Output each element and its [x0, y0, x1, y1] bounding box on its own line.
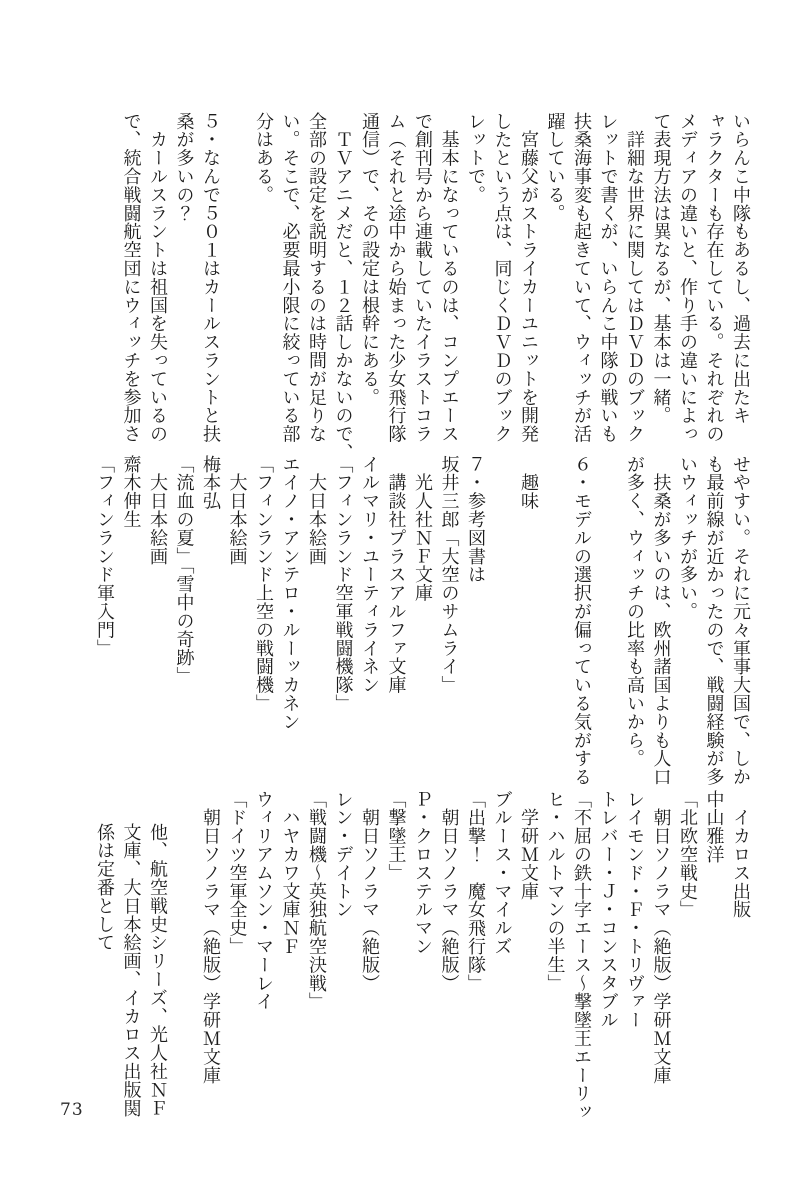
book-list-entry: Ｐ・クロステルマン	[410, 790, 437, 1121]
book-list-publisher: 光人社ＮＦ文庫	[410, 455, 437, 786]
text-column: 宮藤父がストライカーユニットを開発	[516, 112, 543, 462]
book-list-publisher: 大日本絵画	[304, 455, 331, 786]
text-column: ム（それと途中から始まった少女飛行隊	[383, 112, 410, 462]
text-column: 通信）で、その設定は根幹にある。	[357, 112, 384, 462]
text-column: も最前線が近かったので、戦闘経験が多	[701, 455, 728, 786]
scanned-book-page: いらんこ中隊もあるし、過去に出たキ ャラクターも存在している。それぞれの メディ…	[0, 0, 796, 1200]
page-number: 73	[60, 1100, 84, 1120]
book-list-entry: 「北欧空戦史」	[675, 790, 702, 1121]
book-list-entry: 「フィンランド上空の戦闘機」	[251, 455, 278, 786]
book-list-entry: 梅本弘	[198, 455, 225, 786]
book-list-publisher: 大日本絵画	[224, 455, 251, 786]
text-column: て表現方法は異なるが、基本は一緒。	[648, 112, 675, 462]
text-column: で創刊号から連載していたイラストコラ	[410, 112, 437, 462]
column-gap	[542, 455, 569, 457]
text-column: が多く、ウィッチの比率も高いから。	[622, 455, 649, 786]
book-list-entry: 中山雅洋	[701, 790, 728, 1121]
text-column: ャラクターも存在している。それぞれの	[701, 112, 728, 462]
text-block-bottom: イカロス出版 中山雅洋 「北欧空戦史」 朝日ソノラマ（絶版）学研Ｍ文庫 レイモン…	[92, 790, 755, 1121]
text-column: ＴＶアニメだと、１２話しかないので、	[330, 112, 357, 462]
text-column: メディアの違いと、作り手の違いによっ	[675, 112, 702, 462]
column-gap	[595, 455, 622, 457]
book-list-publisher: 大日本絵画	[145, 455, 172, 786]
text-column: 全部の設定を説明するのは時間が足りな	[304, 112, 331, 462]
book-list-entry: ヒ・ハルトマンの半生」	[542, 790, 569, 1121]
text-column: カールスラントは祖国を失っているの	[145, 112, 172, 462]
column-gap	[171, 790, 198, 792]
text-column: い。そこで、必要最小限に絞っている部	[277, 112, 304, 462]
question-6-heading: ６・モデルの選択が偏っている気がする	[569, 455, 596, 786]
closing-note: 係は定番として	[92, 790, 119, 1121]
text-column: 詳細な世界に関してはＤＶＤのブック	[622, 112, 649, 462]
text-column: 躍している。	[542, 112, 569, 462]
column-gap	[489, 455, 516, 457]
book-list-entry: 「出撃！ 魔女飛行隊」	[463, 790, 490, 1121]
text-column: 扶桑が多いのは、欧州諸国よりも人口	[648, 455, 675, 786]
book-list-entry: 「フィンランド空軍戦闘機隊」	[330, 455, 357, 786]
text-column: したという点は、同じくＤＶＤのブック	[489, 112, 516, 462]
book-list-publisher: 朝日ソノラマ（絶版）	[357, 790, 384, 1121]
book-list-publisher: 講談社プラスアルファ文庫	[383, 455, 410, 786]
book-list-entry: トレバー・Ｊ・コンスタブル	[595, 790, 622, 1121]
text-column: レットで。	[463, 112, 490, 462]
question-5-heading: 桑が多いの？	[171, 112, 198, 462]
book-list-entry: 「不屈の鉄十字エース〜撃墜王エーリッ	[569, 790, 596, 1121]
text-block-top: いらんこ中隊もあるし、過去に出たキ ャラクターも存在している。それぞれの メディ…	[118, 112, 754, 462]
text-column: せやすい。それに元々軍事大国で、しか	[728, 455, 755, 786]
book-list-entry: ウィリアムソン・マーレイ	[251, 790, 278, 1121]
question-7-heading: ７・参考図書は	[463, 455, 490, 786]
closing-note: 文庫、大日本絵画、イカロス出版関	[118, 790, 145, 1121]
book-list-entry: 「撃墜王」	[383, 790, 410, 1121]
text-column: いらんこ中隊もあるし、過去に出たキ	[728, 112, 755, 462]
text-column: 分はある。	[251, 112, 278, 462]
book-list-publisher: 朝日ソノラマ（絶版）学研Ｍ文庫	[648, 790, 675, 1121]
book-list-publisher: 学研Ｍ文庫	[516, 790, 543, 1121]
book-list-publisher: イカロス出版	[728, 790, 755, 1121]
book-list-entry: 「流血の夏」「雪中の奇跡」	[171, 455, 198, 786]
text-column: 趣味	[516, 455, 543, 786]
book-list-publisher: ハヤカワ文庫ＮＦ	[277, 790, 304, 1121]
book-list-entry: 「戦闘機〜英独航空決戦」	[304, 790, 331, 1121]
book-list-entry: レン・デイトン	[330, 790, 357, 1121]
text-column: 基本になっているのは、コンプエース	[436, 112, 463, 462]
question-5-heading: ５・なんで５０１はカールスラントと扶	[198, 112, 225, 462]
text-column: いウィッチが多い。	[675, 455, 702, 786]
book-list-entry: 「ドイツ空軍全史」	[224, 790, 251, 1121]
book-list-entry: 坂井三郎「大空のサムライ」	[436, 455, 463, 786]
closing-note: 他、航空戦史シリーズ、光人社ＮＦ	[145, 790, 172, 1121]
book-list-publisher: 朝日ソノラマ（絶版）学研Ｍ文庫	[198, 790, 225, 1121]
text-block-middle: せやすい。それに元々軍事大国で、しか も最前線が近かったので、戦闘経験が多 いウ…	[92, 455, 755, 786]
book-list-entry: 「フィンランド軍入門」	[92, 455, 119, 786]
book-list-entry: ブルース・マイルズ	[489, 790, 516, 1121]
text-column: レットで書くが、いらんこ中隊の戦いも	[595, 112, 622, 462]
book-list-entry: レイモンド・Ｆ・トリヴァー	[622, 790, 649, 1121]
book-list-entry: イルマリ・ユーティライネン	[357, 455, 384, 786]
text-column: で、統合戦闘航空団にウィッチを参加さ	[118, 112, 145, 462]
text-column: 扶桑海事変も起きていて、ウィッチが活	[569, 112, 596, 462]
column-gap	[224, 112, 251, 114]
book-list-entry: エイノ・アンテロ・ルーッカネン	[277, 455, 304, 786]
book-list-entry: 齋木伸生	[118, 455, 145, 786]
book-list-publisher: 朝日ソノラマ（絶版）	[436, 790, 463, 1121]
